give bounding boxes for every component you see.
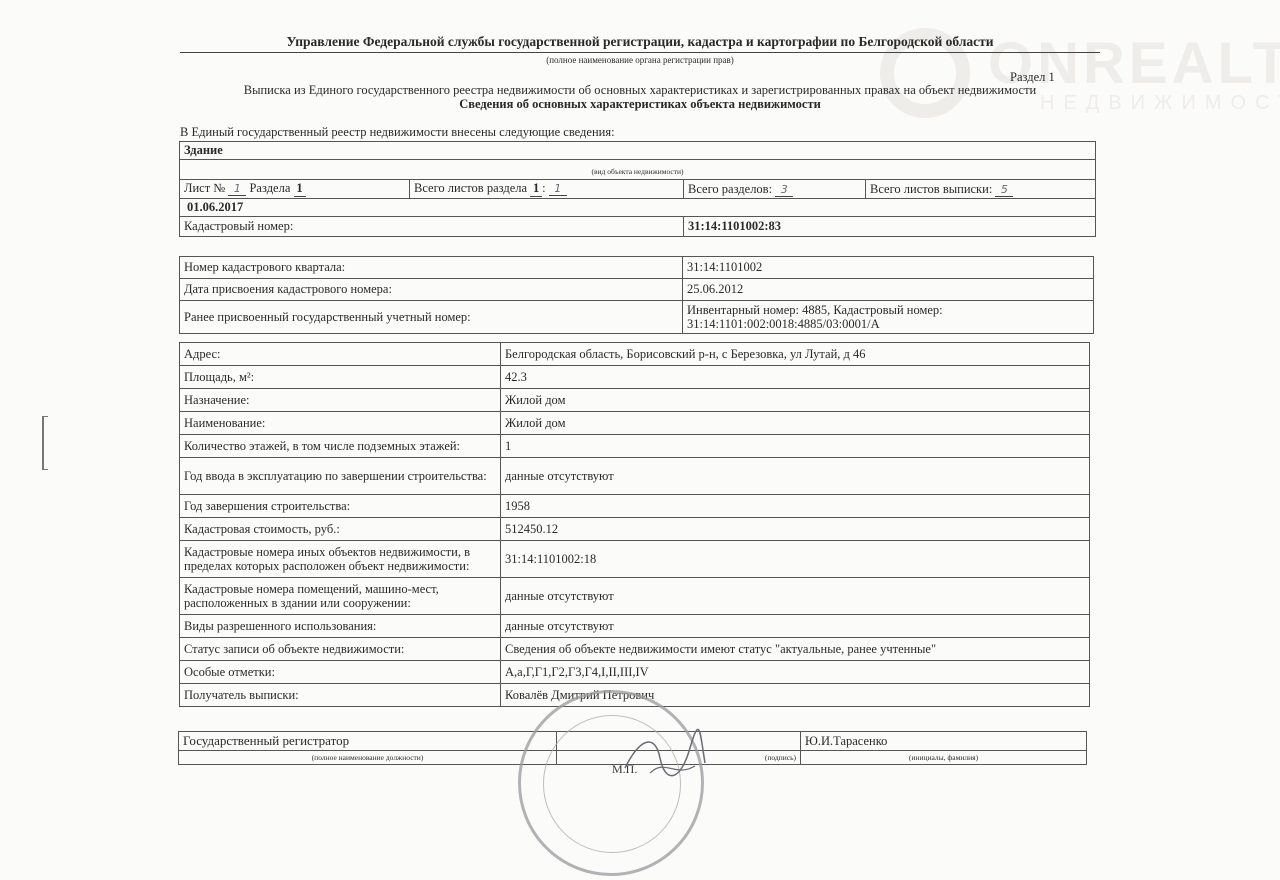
- row-label: Кадастровая стоимость, руб.:: [180, 518, 501, 541]
- table-row: Номер кадастрового квартала: 31:14:11010…: [180, 257, 1094, 279]
- total-sheets-section-cell: Всего листов раздела 1: 1: [410, 180, 684, 199]
- document-subtitle: Сведения об основных характеристиках объ…: [180, 97, 1100, 112]
- row-value: 1: [501, 435, 1090, 458]
- table-row: Количество этажей, в том числе подземных…: [180, 435, 1090, 458]
- table-row: Ранее присвоенный государственный учетны…: [180, 301, 1094, 334]
- registration-details-table: Номер кадастрового квартала: 31:14:11010…: [179, 256, 1094, 334]
- total-sections-label: Всего разделов:: [688, 182, 772, 196]
- object-header-table: Здание (вид объекта недвижимости) Лист №…: [179, 141, 1096, 237]
- row-label: Назначение:: [180, 389, 501, 412]
- margin-bracket-mark: [42, 416, 48, 470]
- total-sheets-label: Всего листов выписки:: [870, 182, 992, 196]
- row-value: 31:14:1101002:18: [501, 541, 1090, 578]
- row-value: А,а,Г,Г1,Г2,Г3,Г4,I,II,III,IV: [501, 661, 1090, 684]
- cadastral-number-value: 31:14:1101002:83: [684, 217, 1096, 237]
- row-label: Дата присвоения кадастрового номера:: [180, 279, 683, 301]
- characteristics-table: Адрес:Белгородская область, Борисовский …: [179, 342, 1090, 707]
- row-label: Ранее присвоенный государственный учетны…: [180, 301, 683, 334]
- row-label: Номер кадастрового квартала:: [180, 257, 683, 279]
- row-value: данные отсутствуют: [501, 615, 1090, 638]
- row-label: Статус записи об объекте недвижимости:: [180, 638, 501, 661]
- row-label: Количество этажей, в том числе подземных…: [180, 435, 501, 458]
- table-row: Кадастровые номера помещений, машино-мес…: [180, 578, 1090, 615]
- agency-name: Управление Федеральной службы государств…: [180, 34, 1100, 50]
- total-sheets-section-no: 1: [530, 181, 542, 197]
- object-type-caption: (вид объекта недвижимости): [180, 160, 1096, 180]
- table-row: Адрес:Белгородская область, Борисовский …: [180, 343, 1090, 366]
- row-value: 31:14:1101002: [683, 257, 1094, 279]
- row-value: Жилой дом: [501, 389, 1090, 412]
- agency-underline: [180, 52, 1100, 53]
- total-sections-value: 3: [775, 183, 793, 197]
- intro-text: В Единый государственный реестр недвижим…: [180, 125, 615, 140]
- row-label: Получатель выписки:: [180, 684, 501, 707]
- table-row: Год ввода в эксплуатацию по завершении с…: [180, 458, 1090, 495]
- row-value: Белгородская область, Борисовский р-н, с…: [501, 343, 1090, 366]
- row-value: 42.3: [501, 366, 1090, 389]
- row-value: данные отсутствуют: [501, 458, 1090, 495]
- table-row: Виды разрешенного использования:данные о…: [180, 615, 1090, 638]
- row-label: Виды разрешенного использования:: [180, 615, 501, 638]
- total-sheets-cell: Всего листов выписки: 5: [866, 180, 1096, 199]
- row-label: Площадь, м²:: [180, 366, 501, 389]
- extract-date: 01.06.2017: [180, 199, 1096, 217]
- name-caption: (инициалы, фамилия): [801, 751, 1087, 765]
- table-row: Статус записи об объекте недвижимости:Св…: [180, 638, 1090, 661]
- row-label: Кадастровые номера иных объектов недвижи…: [180, 541, 501, 578]
- row-label: Адрес:: [180, 343, 501, 366]
- total-sheets-value: 5: [995, 183, 1013, 197]
- sheet-number-cell: Лист № 1 Раздела 1: [180, 180, 410, 199]
- row-value: 512450.12: [501, 518, 1090, 541]
- total-sections-cell: Всего разделов: 3: [684, 180, 866, 199]
- section-number: 1: [294, 181, 306, 197]
- table-row: Кадастровые номера иных объектов недвижи…: [180, 541, 1090, 578]
- handwritten-signature-icon: [620, 728, 710, 788]
- table-row: Дата присвоения кадастрового номера: 25.…: [180, 279, 1094, 301]
- object-type: Здание: [180, 142, 1096, 160]
- table-row: Площадь, м²:42.3: [180, 366, 1090, 389]
- sheet-label: Лист №: [184, 181, 225, 195]
- section-of-label: Раздела: [249, 181, 290, 195]
- row-value: Сведения об объекте недвижимости имеют с…: [501, 638, 1090, 661]
- registrar-name: Ю.И.Тарасенко: [801, 732, 1087, 751]
- row-value: 25.06.2012: [683, 279, 1094, 301]
- row-label: Особые отметки:: [180, 661, 501, 684]
- registrar-position: Государственный регистратор: [179, 732, 557, 751]
- row-label: Кадастровые номера помещений, машино-мес…: [180, 578, 501, 615]
- document-title: Выписка из Единого государственного реес…: [180, 83, 1100, 98]
- row-value: Жилой дом: [501, 412, 1090, 435]
- total-sheets-section-label: Всего листов раздела: [414, 181, 527, 195]
- table-row: Наименование:Жилой дом: [180, 412, 1090, 435]
- total-sheets-section-value: 1: [549, 182, 567, 196]
- row-value: Инвентарный номер: 4885, Кадастровый ном…: [683, 301, 1094, 334]
- table-row: Особые отметки:А,а,Г,Г1,Г2,Г3,Г4,I,II,II…: [180, 661, 1090, 684]
- row-label: Год завершения строительства:: [180, 495, 501, 518]
- row-value: данные отсутствуют: [501, 578, 1090, 615]
- row-label: Наименование:: [180, 412, 501, 435]
- table-row: Кадастровая стоимость, руб.:512450.12: [180, 518, 1090, 541]
- table-row: Назначение:Жилой дом: [180, 389, 1090, 412]
- sheet-number: 1: [228, 182, 246, 196]
- seal-place-label: М.П.: [612, 762, 637, 777]
- cadastral-number-label: Кадастровый номер:: [180, 217, 684, 237]
- agency-caption: (полное наименование органа регистрации …: [180, 55, 1100, 65]
- row-label: Год ввода в эксплуатацию по завершении с…: [180, 458, 501, 495]
- table-row: Год завершения строительства:1958: [180, 495, 1090, 518]
- row-value: 1958: [501, 495, 1090, 518]
- position-caption: (полное наименование должности): [179, 751, 557, 765]
